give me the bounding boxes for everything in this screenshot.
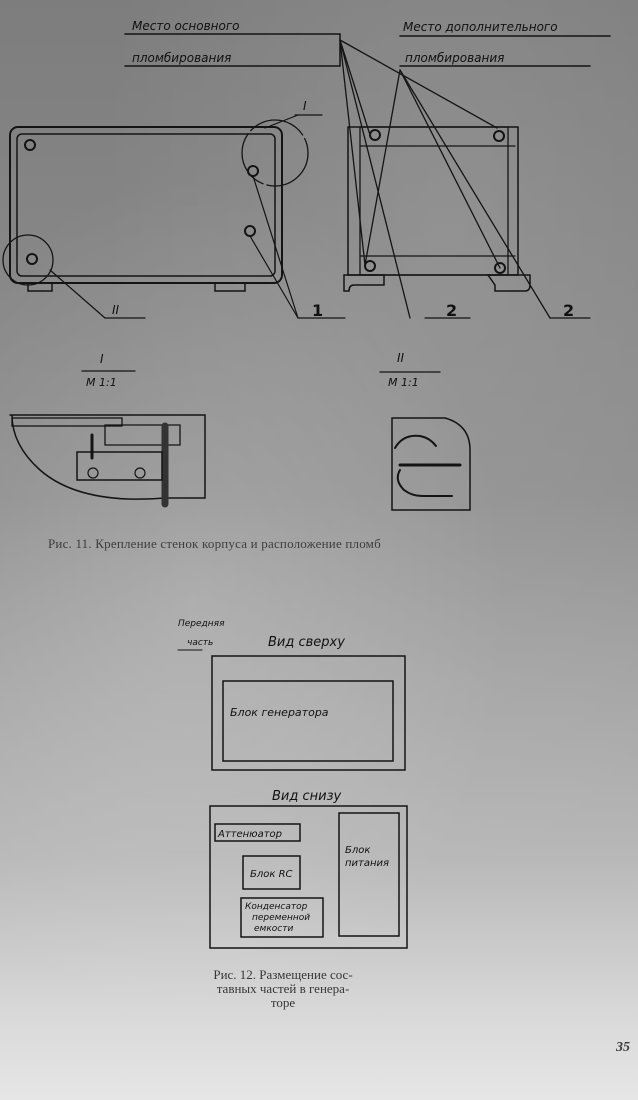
rc-block-label: Блок RC xyxy=(250,869,293,880)
detail-II-section: II М 1:1 xyxy=(380,351,470,510)
bottom-view-title: Вид снизу xyxy=(272,789,341,804)
figure-11-caption: Рис. 11. Крепление стенок корпуса и расп… xyxy=(48,536,381,552)
callout-extra-seal: Место дополнительного пломбирования xyxy=(400,20,610,66)
detail-II-mark: II xyxy=(397,351,405,365)
detail-I-mark: I xyxy=(100,352,104,366)
main-seal-label-1: Место основного xyxy=(132,19,240,33)
detail-II-scale: М 1:1 xyxy=(388,376,419,389)
capacitor-label-3: емкости xyxy=(254,924,293,934)
bottom-view-diagram: Вид снизу Аттенюатор Блок RC Конденсатор… xyxy=(210,789,407,948)
page-number: 35 xyxy=(616,1040,630,1056)
leader-number-1: 1 xyxy=(312,301,323,320)
front-view-chassis: I II 1 xyxy=(3,99,345,320)
side-view-chassis: 2 2 xyxy=(344,127,590,320)
main-seal-label-2: пломбирования xyxy=(132,51,231,65)
front-label-1: Передняя xyxy=(178,619,225,629)
extra-seal-label-2: пломбирования xyxy=(405,51,504,65)
leader-number-2a: 2 xyxy=(446,301,457,320)
capacitor-label-2: переменной xyxy=(252,913,310,923)
detail-mark-I: I xyxy=(303,99,307,113)
figure-12-caption-line-2: тавных частей в генера- xyxy=(178,982,388,996)
front-label-2: часть xyxy=(187,638,213,648)
callout-main-seal: Место основного пломбирования xyxy=(125,19,340,66)
capacitor-label-1: Конденсатор xyxy=(245,902,308,912)
figure-12-caption-line-1: Рис. 12. Размещение сос- xyxy=(178,968,388,982)
leader-number-2b: 2 xyxy=(563,301,574,320)
figure-12-caption-line-3: торе xyxy=(178,996,388,1010)
power-block-label-2: питания xyxy=(345,858,389,869)
generator-block-label: Блок генератора xyxy=(230,706,329,719)
power-block-label-1: Блок xyxy=(345,845,370,856)
detail-I-section: I М 1:1 xyxy=(10,352,205,504)
detail-I-scale: М 1:1 xyxy=(86,376,117,389)
top-view-title: Вид сверху xyxy=(268,635,345,650)
attenuator-label: Аттенюатор xyxy=(217,829,282,840)
detail-mark-II: II xyxy=(112,303,120,317)
top-view-diagram: Передняя часть Вид сверху Блок генератор… xyxy=(178,619,405,770)
extra-seal-label-1: Место дополнительного xyxy=(403,20,558,34)
figure-12-caption: Рис. 12. Размещение сос- тавных частей в… xyxy=(178,968,388,1010)
